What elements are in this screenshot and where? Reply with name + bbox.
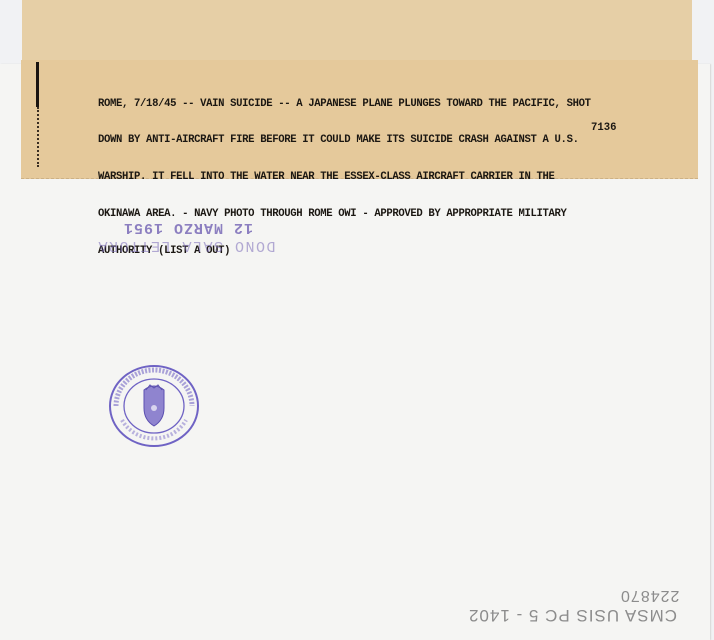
caption-line: ROME, 7/18/45 -- VAIN SUICIDE -- A JAPAN… <box>98 98 658 110</box>
ink-mark-dotted <box>37 107 40 167</box>
pencil-reference-note: CMSA USIS PC 5 - 1402 <box>468 605 677 625</box>
museum-seal-stamp <box>108 364 200 448</box>
date-stamp: 12 MARZO 1951 <box>123 219 253 236</box>
donor-stamp: DONO SALA LETTURA <box>97 237 276 254</box>
pencil-inventory-number: 224870 <box>620 586 679 604</box>
caption-line: DOWN BY ANTI-AIRCRAFT FIRE BEFORE IT COU… <box>98 134 658 146</box>
ink-mark <box>36 62 39 107</box>
caption-number: 7136 <box>591 122 616 134</box>
top-paper-strip <box>22 0 692 62</box>
caption-line: WARSHIP. IT FELL INTO THE WATER NEAR THE… <box>98 171 658 183</box>
